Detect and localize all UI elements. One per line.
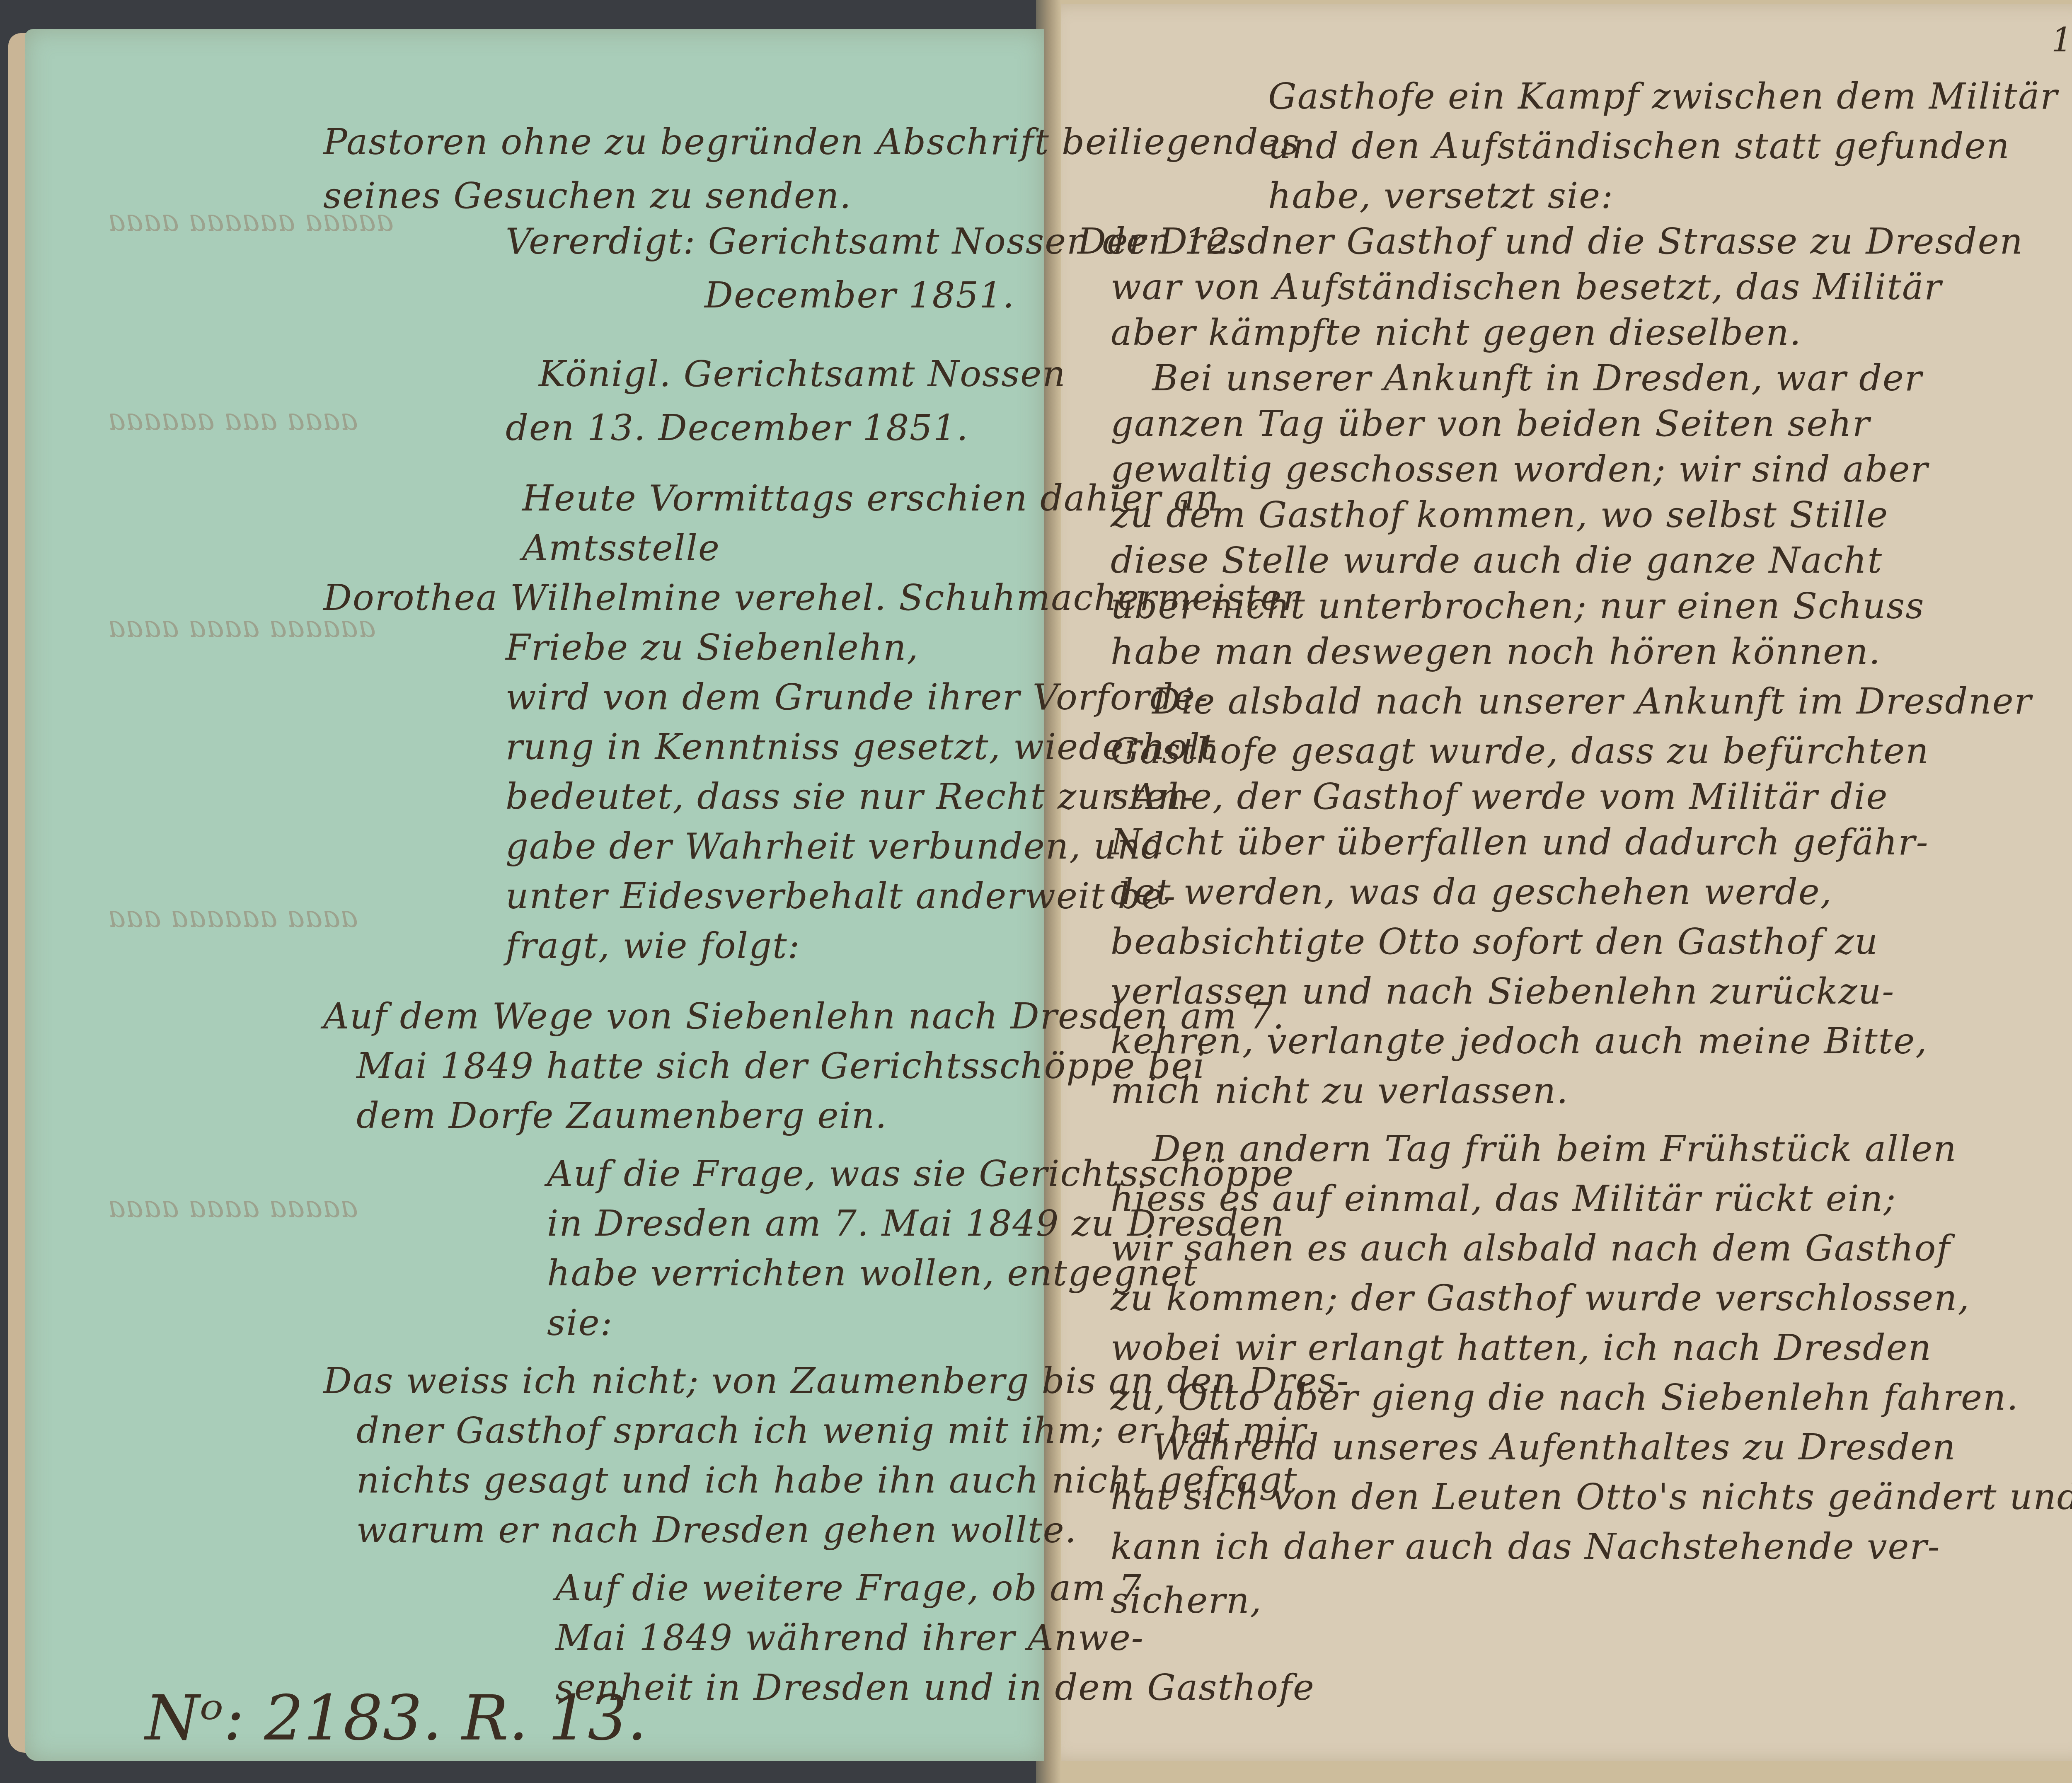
right-line: stehe, der Gasthof werde vom Militär die — [1111, 779, 1888, 815]
left-line: Heute Vormittags erschien dahier an — [522, 481, 1220, 516]
left-line: fragt, wie folgt: — [506, 928, 801, 964]
left-line: senheit in Dresden und in dem Gasthofe — [555, 1670, 1315, 1706]
right-line: Bei unserer Ankunft in Dresden, war der — [1152, 360, 1922, 396]
left-line: habe verrichten wollen, entgegnet — [547, 1256, 1198, 1291]
left-line: gabe der Wahrheit verbunden, und — [506, 829, 1165, 864]
left-line: warum er nach Dresden gehen wollte. — [356, 1512, 1077, 1548]
bleed-through: aaaa aaaaaa aaa — [108, 899, 358, 934]
left-line: Auf die weitere Frage, ob am 7. — [555, 1570, 1154, 1606]
left-line: Das weiss ich nicht; von Zaumenberg bis … — [323, 1363, 1350, 1399]
left-line: den 13. December 1851. — [506, 410, 969, 446]
left-line: December 1851. — [704, 278, 1015, 313]
left-line: nichts gesagt und ich habe ihn auch nich… — [356, 1463, 1298, 1498]
right-line: Die alsbald nach unserer Ankunft im Dres… — [1152, 684, 2032, 719]
left-line: Mai 1849 während ihrer Anwe- — [555, 1620, 1144, 1656]
right-line: Nacht über überfallen und dadurch gefähr… — [1111, 825, 1929, 860]
right-line: ganzen Tag über von beiden Seiten sehr — [1111, 406, 1870, 442]
bleed-through: aaaaa aaaa aaaa — [108, 1189, 358, 1224]
catalog-number: Nᵒ: 2183. R. 13. — [145, 1682, 647, 1754]
right-line: war von Aufständischen besetzt, das Mili… — [1111, 269, 1942, 305]
left-line: seines Gesuchen zu senden. — [323, 178, 852, 214]
left-line: in Dresden am 7. Mai 1849 zu Dresden — [547, 1206, 1285, 1241]
page-number: 10. — [2051, 21, 2072, 59]
left-page: aaaaa aaaaaa aaaa aaaa aaa aaaaaa aaaaaa… — [25, 29, 1044, 1761]
open-manuscript-book: 10. Gasthofe ein Kampf zwischen dem Mili… — [0, 0, 2072, 1783]
left-line: rung in Kenntniss gesetzt, wiederholt — [506, 729, 1216, 765]
right-line: habe man deswegen noch hören können. — [1111, 634, 1881, 670]
right-line: gewaltig geschossen worden; wir sind abe… — [1111, 452, 1929, 487]
right-line: habe, versetzt sie: — [1268, 178, 1614, 214]
left-line: Pastoren ohne zu begründen Abschrift bei… — [323, 124, 1300, 160]
left-line: dner Gasthof sprach ich wenig mit ihm; e… — [356, 1413, 1307, 1449]
right-line: diese Stelle wurde auch die ganze Nacht — [1111, 543, 1883, 578]
left-line: Auf die Frage, was sie Gerichtsschöppe — [547, 1156, 1294, 1192]
left-line: wird von dem Grunde ihrer Vorforde- — [506, 680, 1209, 715]
left-line: bedeutet, dass sie nur Recht zur An- — [506, 779, 1194, 815]
right-line: det werden, was da geschehen werde, — [1111, 874, 1832, 910]
bleed-through: aaaa aaa aaaaaa — [108, 402, 358, 437]
right-line: zu kommen; der Gasthof wurde verschlosse… — [1111, 1280, 1970, 1316]
right-line: kann ich daher auch das Nachstehende ver… — [1111, 1529, 1941, 1565]
left-line: Vererdigt: Gerichtsamt Nossen den 12. — [506, 224, 1243, 259]
left-line: unter Eidesverbehalt anderweit be- — [506, 878, 1176, 914]
left-line: Amtsstelle — [522, 530, 720, 566]
right-line: Gasthofe gesagt wurde, dass zu befürchte… — [1111, 733, 1929, 769]
right-line: beabsichtigte Otto sofort den Gasthof zu — [1111, 924, 1878, 960]
right-line: und den Aufständischen statt gefunden — [1268, 128, 2010, 164]
right-line: aber kämpfte nicht gegen dieselben. — [1111, 315, 1802, 351]
right-line: zu dem Gasthof kommen, wo selbst Stille — [1111, 497, 1888, 533]
left-line: Mai 1849 hatte sich der Gerichtsschöppe … — [356, 1048, 1205, 1084]
left-line: dem Dorfe Zaumenberg ein. — [356, 1098, 888, 1134]
left-line: Friebe zu Siebenlehn, — [506, 630, 919, 665]
left-line: sie: — [547, 1305, 613, 1341]
right-line: Gasthofe ein Kampf zwischen dem Militär — [1268, 79, 2058, 114]
left-line: Auf dem Wege von Siebenlehn nach Dresden… — [323, 999, 1285, 1034]
left-line: Königl. Gerichtsamt Nossen — [539, 356, 1066, 392]
left-line: Dorothea Wilhelmine verehel. Schuhmacher… — [323, 580, 1300, 616]
